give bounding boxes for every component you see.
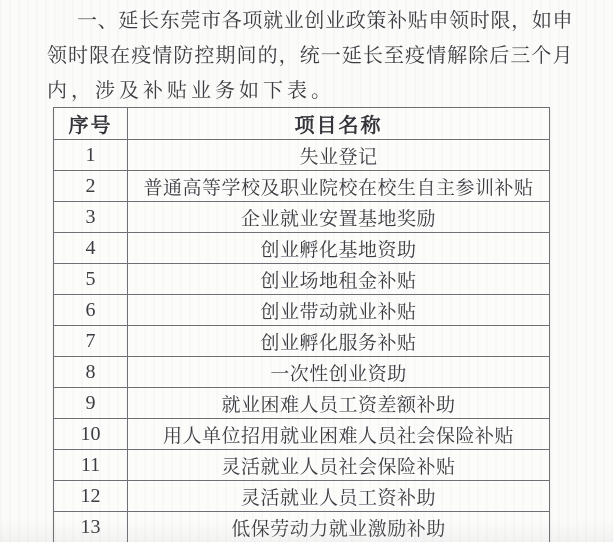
table-row: 2 普通高等学校及职业院校在校生自主参训补贴 [54,171,550,202]
paragraph-line: 领时限在疫情防控期间的，统一延长至疫情解除后三个月 [47,39,573,74]
paragraph-line: 一、延长东莞市各项就业创业政策补贴申领时限，如申 [47,4,573,39]
table-row: 1 失业登记 [54,140,550,171]
table-row: 12 灵活就业人员工资补助 [54,481,550,512]
row-project-name: 用人单位招用就业困难人员社会保险补贴 [128,419,550,450]
row-project-name: 低保劳动力就业激励补助 [128,512,550,542]
table-row: 7 创业孵化服务补贴 [54,326,550,357]
subsidy-table-header: 序号 项目名称 [54,108,550,140]
table-row: 9 就业困难人员工资差额补助 [54,388,550,419]
row-project-name: 就业困难人员工资差额补助 [128,388,550,419]
table-row: 3 企业就业安置基地奖励 [54,202,550,233]
row-number: 10 [54,419,128,450]
row-number: 11 [54,450,128,481]
row-number: 8 [54,357,128,388]
row-number: 3 [54,202,128,233]
row-number: 1 [54,140,128,171]
header-cell-no: 序号 [54,108,128,140]
row-project-name: 普通高等学校及职业院校在校生自主参训补贴 [128,171,550,202]
row-number: 9 [54,388,128,419]
row-project-name: 一次性创业资助 [128,357,550,388]
paragraph-line: 内，涉及补贴业务如下表。 [47,74,573,109]
subsidy-table-body: 1 失业登记 2 普通高等学校及职业院校在校生自主参训补贴 3 企业就业安置基地… [54,140,550,542]
row-number: 2 [54,171,128,202]
table-row: 10 用人单位招用就业困难人员社会保险补贴 [54,419,550,450]
row-project-name: 创业孵化服务补贴 [128,326,550,357]
table-row: 13 低保劳动力就业激励补助 [54,512,550,542]
intro-paragraph: 一、延长东莞市各项就业创业政策补贴申领时限，如申 领时限在疫情防控期间的，统一延… [47,4,573,109]
table-row: 8 一次性创业资助 [54,357,550,388]
header-cell-project-name: 项目名称 [128,108,550,140]
row-project-name: 失业登记 [128,140,550,171]
document-page: 一、延长东莞市各项就业创业政策补贴申领时限，如申 领时限在疫情防控期间的，统一延… [0,0,613,542]
row-number: 12 [54,481,128,512]
row-number: 13 [54,512,128,542]
table-row: 5 创业场地租金补贴 [54,264,550,295]
row-number: 6 [54,295,128,326]
table-row: 11 灵活就业人员社会保险补贴 [54,450,550,481]
row-project-name: 创业孵化基地资助 [128,233,550,264]
row-number: 7 [54,326,128,357]
header-row: 序号 项目名称 [54,108,550,140]
table-row: 4 创业孵化基地资助 [54,233,550,264]
subsidy-table: 序号 项目名称 1 失业登记 2 普通高等学校及职业院校在校生自主参训补贴 3 … [53,107,550,542]
table-row: 6 创业带动就业补贴 [54,295,550,326]
row-number: 5 [54,264,128,295]
row-project-name: 创业带动就业补贴 [128,295,550,326]
row-project-name: 企业就业安置基地奖励 [128,202,550,233]
row-project-name: 创业场地租金补贴 [128,264,550,295]
row-project-name: 灵活就业人员社会保险补贴 [128,450,550,481]
row-number: 4 [54,233,128,264]
row-project-name: 灵活就业人员工资补助 [128,481,550,512]
